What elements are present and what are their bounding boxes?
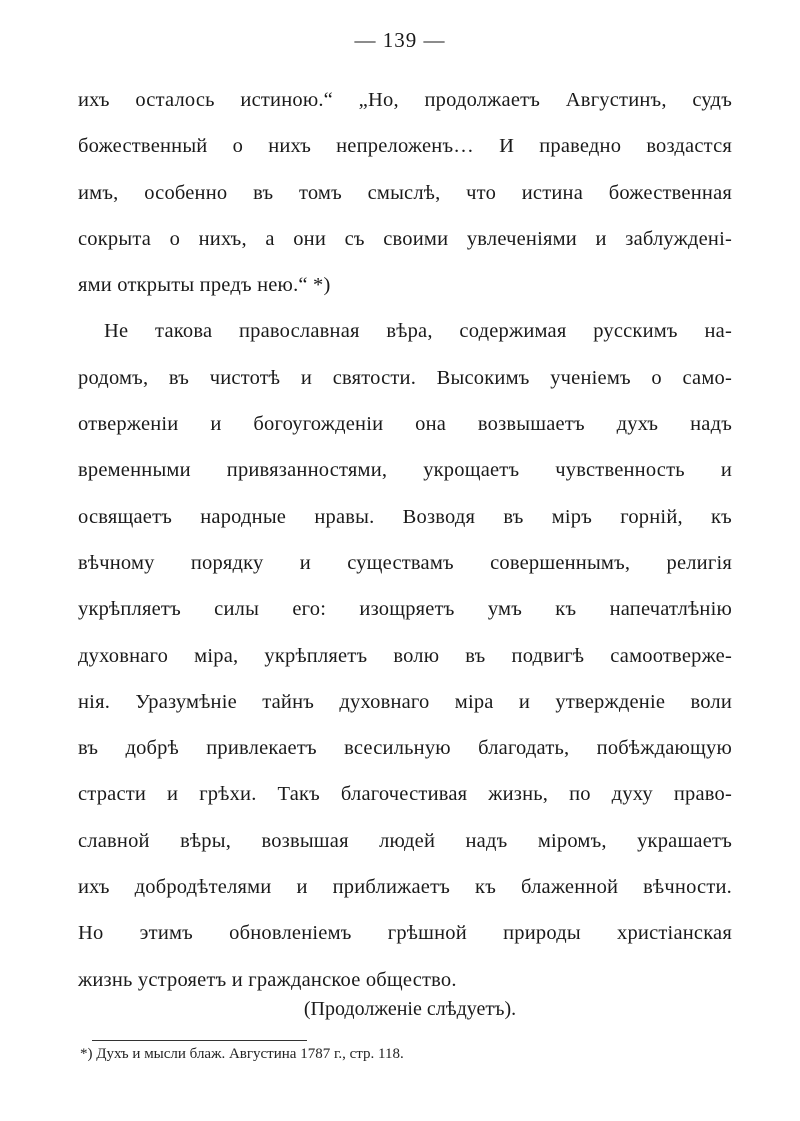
text-line: ихъ осталось истиною.“ „Но, продолжаетъ … [78, 84, 732, 130]
text-line: Но этимъ обновленіемъ грѣшной природы хр… [78, 917, 732, 963]
text-line: божественный о нихъ непреложенъ… И праве… [78, 130, 732, 176]
text-line: имъ, особенно въ томъ смыслѣ, что истина… [78, 177, 732, 223]
text-line: ями открыты предъ нею.“ *) [78, 269, 732, 315]
text-line: сокрыта о нихъ, а они съ своими увлечені… [78, 223, 732, 269]
page-number: — 139 — [0, 28, 800, 53]
footnote-divider [92, 1040, 307, 1041]
text-line: освящаетъ народные нравы. Возводя въ мір… [78, 501, 732, 547]
text-line: вѣчному порядку и существамъ совершенным… [78, 547, 732, 593]
text-line: ихъ добродѣтелями и приближаетъ къ блаже… [78, 871, 732, 917]
text-line: отверженіи и богоугожденіи она возвышает… [78, 408, 732, 454]
text-line: родомъ, въ чистотѣ и святости. Высокимъ … [78, 362, 732, 408]
body-text: ихъ осталось истиною.“ „Но, продолжаетъ … [78, 84, 732, 1010]
text-line: въ добрѣ привлекаетъ всесильную благодат… [78, 732, 732, 778]
text-line: страсти и грѣхи. Такъ благочестивая жизн… [78, 778, 732, 824]
footnote: *) Духъ и мысли блаж. Августина 1787 г.,… [80, 1046, 680, 1063]
text-line: укрѣпляетъ силы его: изощряетъ умъ къ на… [78, 593, 732, 639]
paragraph-start-line: Не такова православная вѣра, содержимая … [78, 315, 732, 361]
text-line: духовнаго міра, укрѣпляетъ волю въ подви… [78, 640, 732, 686]
text-line: временными привязанностями, укрощаетъ чу… [78, 454, 732, 500]
continued-note: (Продолженіе слѣдуетъ). [0, 998, 800, 1021]
text-line: славной вѣры, возвышая людей надъ міромъ… [78, 825, 732, 871]
text-line: нія. Уразумѣніе тайнъ духовнаго міра и у… [78, 686, 732, 732]
